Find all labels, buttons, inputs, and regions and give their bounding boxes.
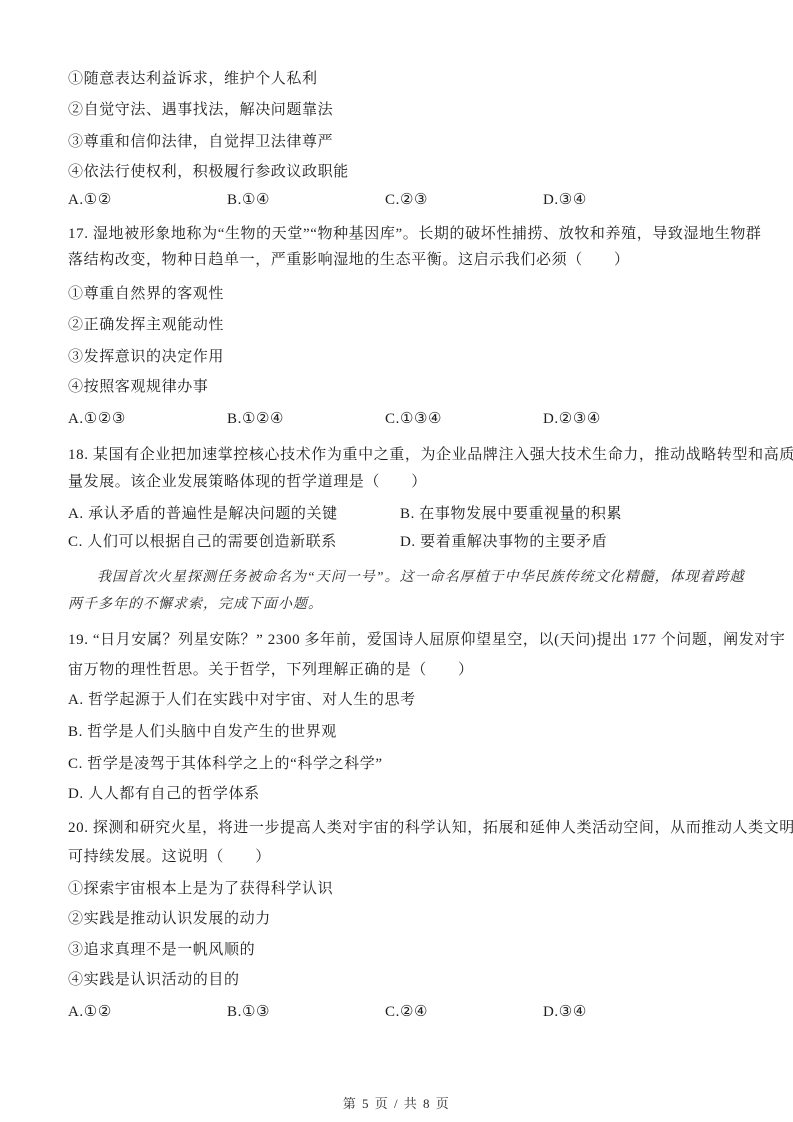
q19-option-a: A. 哲学起源于人们在实践中对宇宙、对人生的思考 xyxy=(68,690,740,710)
q16-item-2: ②自觉守法、遇事找法，解决问题靠法 xyxy=(68,100,740,120)
q16-option-d: D.③④ xyxy=(543,190,587,210)
q18-stem-line-2: 量发展。该企业发展策略体现的哲学道理是（ ） xyxy=(68,472,740,492)
q20-stem-line-2: 可持续发展。这说明（ ） xyxy=(68,847,740,867)
q20-item-1: ①探索宇宙根本上是为了获得科学认识 xyxy=(68,879,740,899)
q17-item-2: ②正确发挥主观能动性 xyxy=(68,315,740,335)
q19-stem-line-2: 宙万物的理性哲思。关于哲学，下列理解正确的是（ ） xyxy=(68,660,740,680)
q18-option-d: D. 要着重解决事物的主要矛盾 xyxy=(400,532,607,552)
q17-stem-line-2: 落结构改变，物种日趋单一，严重影响湿地的生态平衡。这启示我们必须（ ） xyxy=(68,250,740,270)
q20-option-a: A.①② xyxy=(68,1002,112,1022)
q16-option-a: A.①② xyxy=(68,190,112,210)
q16-option-b: B.①④ xyxy=(227,190,270,210)
q19-stem-line-1: 19. “日月安属？列星安陈？” 2300 多年前，爱国诗人屈原仰望星空，以(天… xyxy=(68,630,740,650)
passage-line-2: 两千多年的不懈求索，完成下面小题。 xyxy=(68,595,740,615)
q19-option-d: D. 人人都有自己的哲学体系 xyxy=(68,784,740,804)
q17-options-row: A.①②③ B.①②④ C.①③④ D.②③④ xyxy=(68,409,740,429)
q20-option-c: C.②④ xyxy=(385,1002,428,1022)
q17-item-3: ③发挥意识的决定作用 xyxy=(68,347,740,367)
q18-option-c: C. 人们可以根据自己的需要创造新联系 xyxy=(68,532,337,552)
q16-options-row: A.①② B.①④ C.②③ D.③④ xyxy=(68,190,740,210)
q18-stem-line-1: 18. 某国有企业把加速掌控核心技术作为重中之重，为企业品牌注入强大技术生命力，… xyxy=(68,445,740,465)
exam-paper-page: { "q16_tail": { "items": [ "①随意表达利益诉求，维护… xyxy=(0,0,793,1122)
q20-options-row: A.①② B.①③ C.②④ D.③④ xyxy=(68,1002,740,1022)
q18-option-b: B. 在事物发展中要重视量的积累 xyxy=(400,504,622,524)
q17-option-d: D.②③④ xyxy=(543,409,601,429)
page-number-indicator: 第 5 页 / 共 8 页 xyxy=(0,1093,793,1112)
q17-option-b: B.①②④ xyxy=(227,409,284,429)
q20-stem-line-1: 20. 探测和研究火星，将进一步提高人类对宇宙的科学认知，拓展和延伸人类活动空间… xyxy=(68,818,740,838)
q17-stem-line-1: 17. 湿地被形象地称为“生物的天堂”“物种基因库”。长期的破坏性捕捞、放牧和养… xyxy=(68,224,740,244)
q17-option-a: A.①②③ xyxy=(68,409,126,429)
q16-item-3: ③尊重和信仰法律，自觉捍卫法律尊严 xyxy=(68,132,740,152)
q18-options-row-ab: A. 承认矛盾的普遍性是解决问题的关键 B. 在事物发展中要重视量的积累 xyxy=(68,504,740,524)
q17-option-c: C.①③④ xyxy=(385,409,442,429)
q20-item-2: ②实践是推动认识发展的动力 xyxy=(68,909,740,929)
q18-options-row-cd: C. 人们可以根据自己的需要创造新联系 D. 要着重解决事物的主要矛盾 xyxy=(68,532,740,552)
q16-item-4: ④依法行使权利，积极履行参政议政职能 xyxy=(68,162,740,182)
q20-item-4: ④实践是认识活动的目的 xyxy=(68,970,740,990)
q17-item-1: ①尊重自然界的客观性 xyxy=(68,284,740,304)
q17-item-4: ④按照客观规律办事 xyxy=(68,377,740,397)
q19-option-b: B. 哲学是人们头脑中自发产生的世界观 xyxy=(68,722,740,742)
q20-item-3: ③追求真理不是一帆风顺的 xyxy=(68,940,740,960)
q20-option-b: B.①③ xyxy=(227,1002,270,1022)
q20-option-d: D.③④ xyxy=(543,1002,587,1022)
q18-option-a: A. 承认矛盾的普遍性是解决问题的关键 xyxy=(68,504,338,524)
q19-option-c: C. 哲学是凌驾于其体科学之上的“科学之科学” xyxy=(68,754,740,774)
passage-line-1: 我国首次火星探测任务被命名为“天问一号”。这一命名厚植于中华民族传统文化精髓，体… xyxy=(97,568,769,588)
q16-option-c: C.②③ xyxy=(385,190,428,210)
q16-item-1: ①随意表达利益诉求，维护个人私利 xyxy=(68,69,740,89)
